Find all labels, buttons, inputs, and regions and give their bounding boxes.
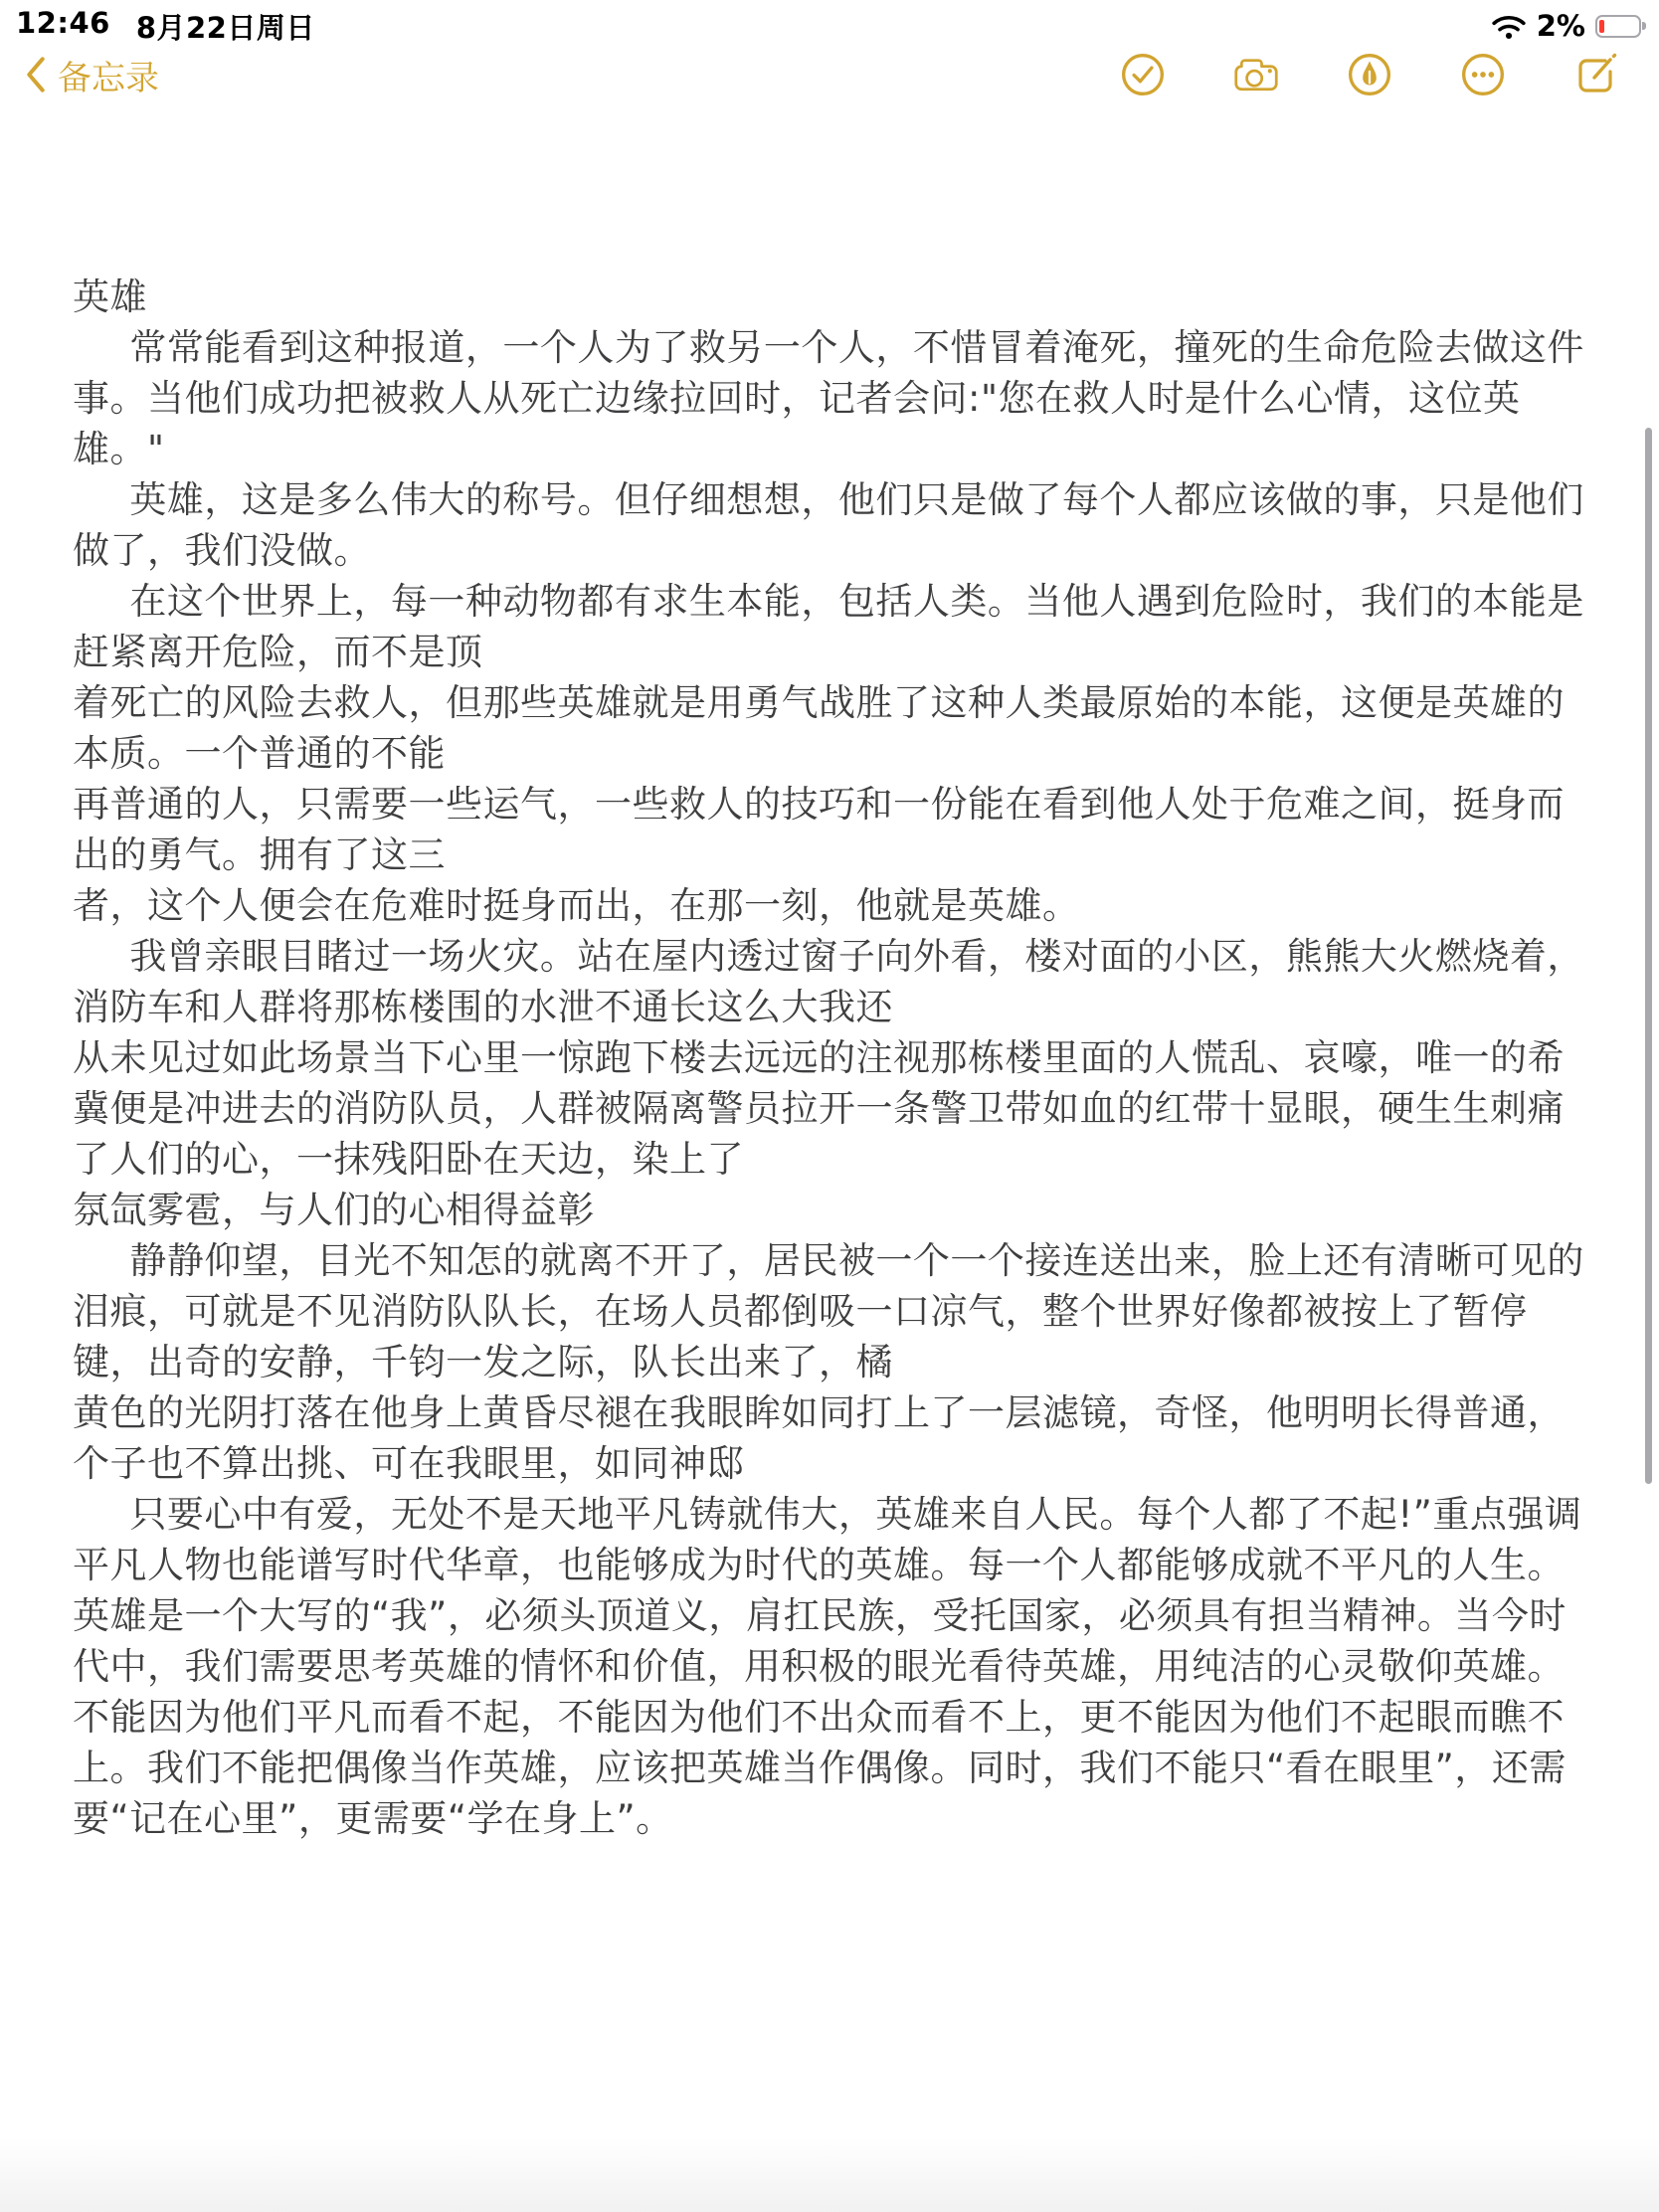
note-editor[interactable]: 英雄 常常能看到这种报道，一个人为了救另一个人，不惜冒着淹死，撞死的生命危险去做…: [0, 0, 1659, 2212]
note-paragraph: 只要心中有爱，无处不是天地平凡铸就伟大，英雄来自人民。每个人都了不起!”重点强调…: [73, 1489, 1589, 1844]
note-title: 英雄: [73, 272, 1589, 322]
note-paragraph: 从未见过如此场景当下心里一惊跑下楼去远远的注视那栋楼里面的人慌乱、哀嚎，唯一的希…: [73, 1032, 1589, 1185]
note-paragraph: 氛氙雾雹，与人们的心相得益彰: [73, 1185, 1589, 1235]
note-paragraph: 者，这个人便会在危难时挺身而出，在那一刻，他就是英雄。: [73, 880, 1589, 931]
scrollbar[interactable]: [1645, 428, 1652, 1484]
note-paragraph: 着死亡的风险去救人，但那些英雄就是用勇气战胜了这种人类最原始的本能，这便是英雄的…: [73, 677, 1589, 779]
note-paragraph: 黄色的光阴打落在他身上黄昏尽褪在我眼眸如同打上了一层滤镜，奇怪，他明明长得普通，…: [73, 1387, 1589, 1489]
note-body: 常常能看到这种报道，一个人为了救另一个人，不惜冒着淹死，撞死的生命危险去做这件事…: [73, 322, 1589, 1844]
note-paragraph: 英雄，这是多么伟大的称号。但仔细想想，他们只是做了每个人都应该做的事，只是他们做…: [73, 474, 1589, 576]
note-paragraph: 静静仰望，目光不知怎的就离不开了，居民被一个一个接连送出来，脸上还有清晰可见的泪…: [73, 1235, 1589, 1387]
note-paragraph: 常常能看到这种报道，一个人为了救另一个人，不惜冒着淹死，撞死的生命危险去做这件事…: [73, 322, 1589, 474]
note-paragraph: 再普通的人，只需要一些运气，一些救人的技巧和一份能在看到他人处于危难之间，挺身而…: [73, 779, 1589, 880]
note-paragraph: 在这个世界上，每一种动物都有求生本能，包括人类。当他人遇到危险时，我们的本能是赶…: [73, 576, 1589, 677]
note-paragraph: 我曾亲眼目睹过一场火灾。站在屋内透过窗子向外看，楼对面的小区，熊熊大火燃烧着，消…: [73, 931, 1589, 1032]
